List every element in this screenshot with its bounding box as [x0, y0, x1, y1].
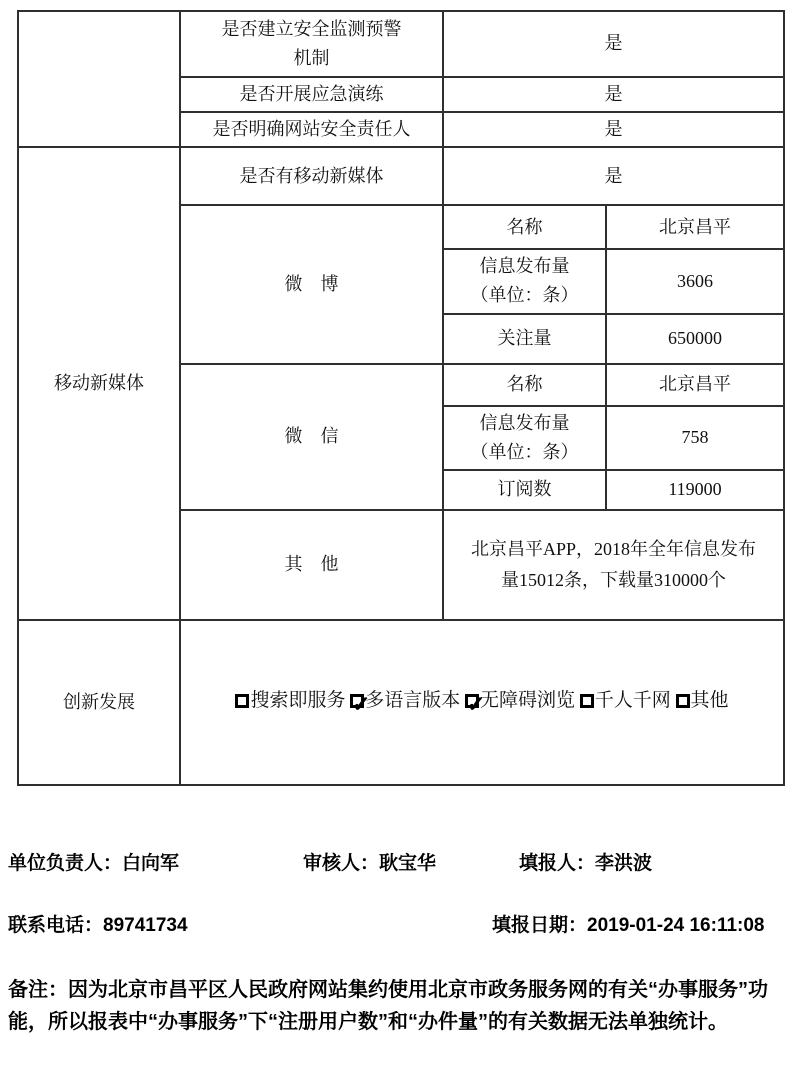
remark-text: 因为北京市昌平区人民政府网站集约使用北京市政务服务网的有关“办事服务”功能，所以… — [8, 979, 768, 1033]
innovation-option-multilingual: 多语言版本 — [350, 686, 460, 717]
filler-field: 填报人：李洪波 — [519, 848, 652, 875]
remark-note: 备注：因为北京市昌平区人民政府网站集约使用北京市政务服务网的有关“办事服务”功能… — [8, 974, 794, 1038]
weibo-name-label: 名称 — [443, 205, 606, 249]
security-question-drill: 是否开展应急演练 — [180, 77, 443, 112]
checkbox-icon[interactable] — [580, 694, 594, 708]
other-media-value: 北京昌平APP，2018年全年信息发布量15012条，下载量310000个 — [443, 510, 784, 620]
report-date-value: 2019-01-24 16:11:08 — [587, 915, 764, 936]
mobile-media-answer: 是 — [443, 147, 784, 205]
innovation-option-accessibility: 无障碍浏览 — [465, 686, 575, 717]
checkbox-label: 无障碍浏览 — [480, 686, 575, 717]
weibo-followers-value: 650000 — [606, 314, 784, 364]
checkbox-icon[interactable] — [676, 694, 690, 708]
wechat-subscribers-value: 119000 — [606, 470, 784, 510]
wechat-subscribers-label: 订阅数 — [443, 470, 606, 510]
other-media-label: 其 他 — [180, 510, 443, 620]
contact-phone-label: 联系电话： — [8, 915, 103, 936]
checkbox-label: 搜索即服务 — [250, 686, 345, 717]
unit-head-label: 单位负责人： — [8, 853, 122, 874]
filler-label: 填报人： — [519, 853, 595, 874]
innovation-options: 搜索即服务 多语言版本 无障碍浏览 千人千网 — [189, 686, 775, 719]
wechat-name-value: 北京昌平 — [606, 364, 784, 406]
wechat-posts-label: 信息发布量 （单位：条） — [443, 406, 606, 470]
innovation-section-label: 创新发展 — [18, 620, 180, 785]
mobile-media-question: 是否有移动新媒体 — [180, 147, 443, 205]
security-answer-monitoring: 是 — [443, 11, 784, 77]
security-answer-drill: 是 — [443, 77, 784, 112]
reviewer-field: 审核人：耿宝华 — [303, 848, 436, 875]
security-answer-responsible-person: 是 — [443, 112, 784, 147]
innovation-option-search-service: 搜索即服务 — [235, 686, 345, 717]
weibo-label: 微 博 — [180, 205, 443, 363]
weibo-name-value: 北京昌平 — [606, 205, 784, 249]
weibo-posts-value: 3606 — [606, 249, 784, 313]
innovation-option-personalized-site: 千人千网 — [580, 686, 671, 717]
report-date-label: 填报日期： — [492, 915, 587, 936]
checkbox-label: 千人千网 — [595, 686, 671, 717]
checkbox-icon[interactable] — [465, 694, 479, 708]
security-section-label-cell — [18, 11, 180, 147]
unit-head-value: 白向军 — [122, 853, 179, 874]
wechat-label: 微 信 — [180, 364, 443, 510]
filler-value: 李洪波 — [595, 853, 652, 874]
innovation-options-cell: 搜索即服务 多语言版本 无障碍浏览 千人千网 — [180, 620, 784, 785]
checkbox-icon[interactable] — [235, 694, 249, 708]
reviewer-label: 审核人： — [303, 853, 379, 874]
wechat-posts-value: 758 — [606, 406, 784, 470]
security-question-responsible-person: 是否明确网站安全责任人 — [180, 112, 443, 147]
contact-phone-field: 联系电话：89741734 — [8, 910, 188, 937]
report-date-field: 填报日期：2019-01-24 16:11:08 — [492, 910, 765, 937]
reviewer-value: 耿宝华 — [379, 853, 436, 874]
checkbox-icon[interactable] — [350, 694, 364, 708]
remark-label: 备注： — [8, 979, 68, 1001]
unit-head-field: 单位负责人：白向军 — [8, 848, 179, 875]
annual-report-table: 是否建立安全监测预警 机制 是 是否开展应急演练 是 是否明确网站安全责任人 是… — [17, 10, 785, 786]
checkbox-label: 其他 — [691, 686, 729, 717]
security-question-monitoring: 是否建立安全监测预警 机制 — [180, 11, 443, 77]
innovation-option-other: 其他 — [676, 686, 729, 717]
weibo-followers-label: 关注量 — [443, 314, 606, 364]
checkbox-label: 多语言版本 — [365, 686, 460, 717]
report-page: 是否建立安全监测预警 机制 是 是否开展应急演练 是 是否明确网站安全责任人 是… — [0, 0, 800, 1074]
mobile-media-section-label: 移动新媒体 — [18, 147, 180, 620]
contact-phone-value: 89741734 — [103, 915, 188, 936]
wechat-name-label: 名称 — [443, 364, 606, 406]
weibo-posts-label: 信息发布量 （单位：条） — [443, 249, 606, 313]
